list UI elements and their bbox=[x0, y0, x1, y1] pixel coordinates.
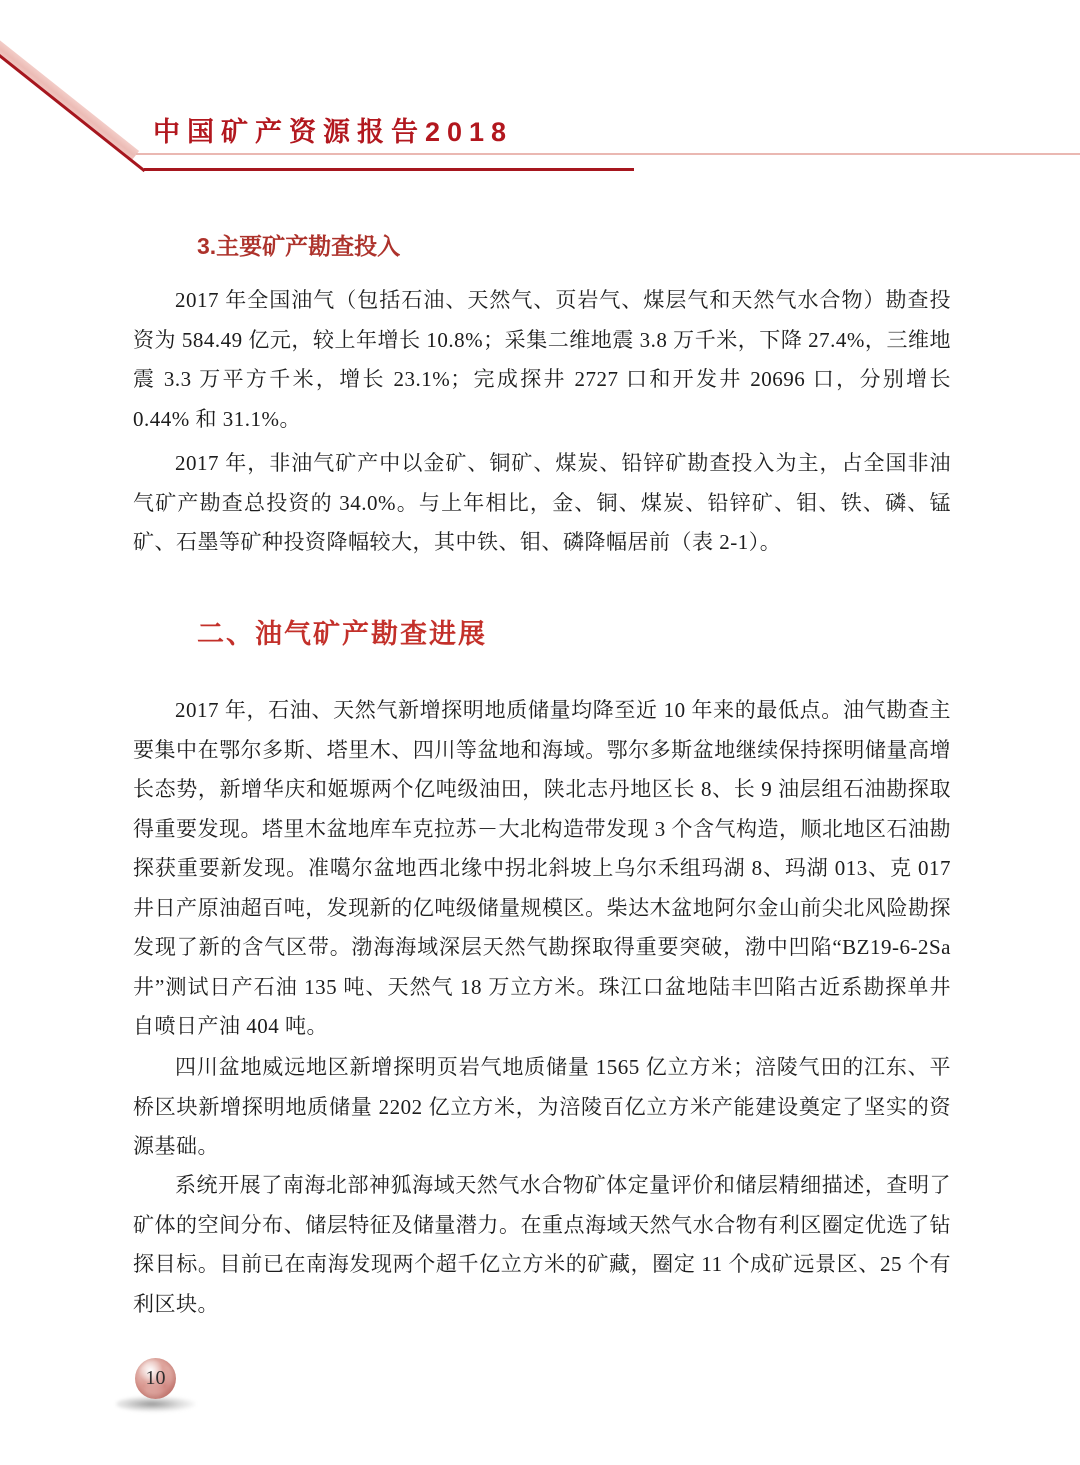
page-number-marble: 10 bbox=[135, 1358, 176, 1399]
paragraph-exploration-progress: 2017 年，石油、天然气新增探明地质储量均降至近 10 年来的最低点。油气勘查… bbox=[133, 691, 951, 1047]
paragraph-shale-gas: 四川盆地威远地区新增探明页岩气地质储量 1565 亿立方米；涪陵气田的江东、平桥… bbox=[133, 1048, 951, 1167]
page-number: 10 bbox=[135, 1358, 176, 1399]
corner-diagonal-red-line bbox=[0, 54, 146, 172]
paragraph-non-oil-gas-investment: 2017 年，非油气矿产中以金矿、铜矿、煤炭、铅锌矿勘查投入为主，占全国非油气矿… bbox=[133, 444, 951, 563]
header-red-rule bbox=[144, 168, 634, 171]
report-title: 中国矿产资源报告2018 bbox=[153, 110, 513, 149]
header-pink-rule bbox=[136, 153, 1080, 155]
corner-diagonal-pink-band bbox=[0, 34, 139, 160]
section-heading: 二、油气矿产勘查进展 bbox=[197, 612, 487, 651]
paragraph-gas-hydrate: 系统开展了南海北部神狐海域天然气水合物矿体定量评价和储层精细描述，查明了矿体的空… bbox=[133, 1166, 951, 1324]
paragraph-oil-gas-investment: 2017 年全国油气（包括石油、天然气、页岩气、煤层气和天然气水合物）勘查投资为… bbox=[133, 281, 951, 439]
subsection-heading: 3.主要矿产勘查投入 bbox=[197, 228, 400, 261]
